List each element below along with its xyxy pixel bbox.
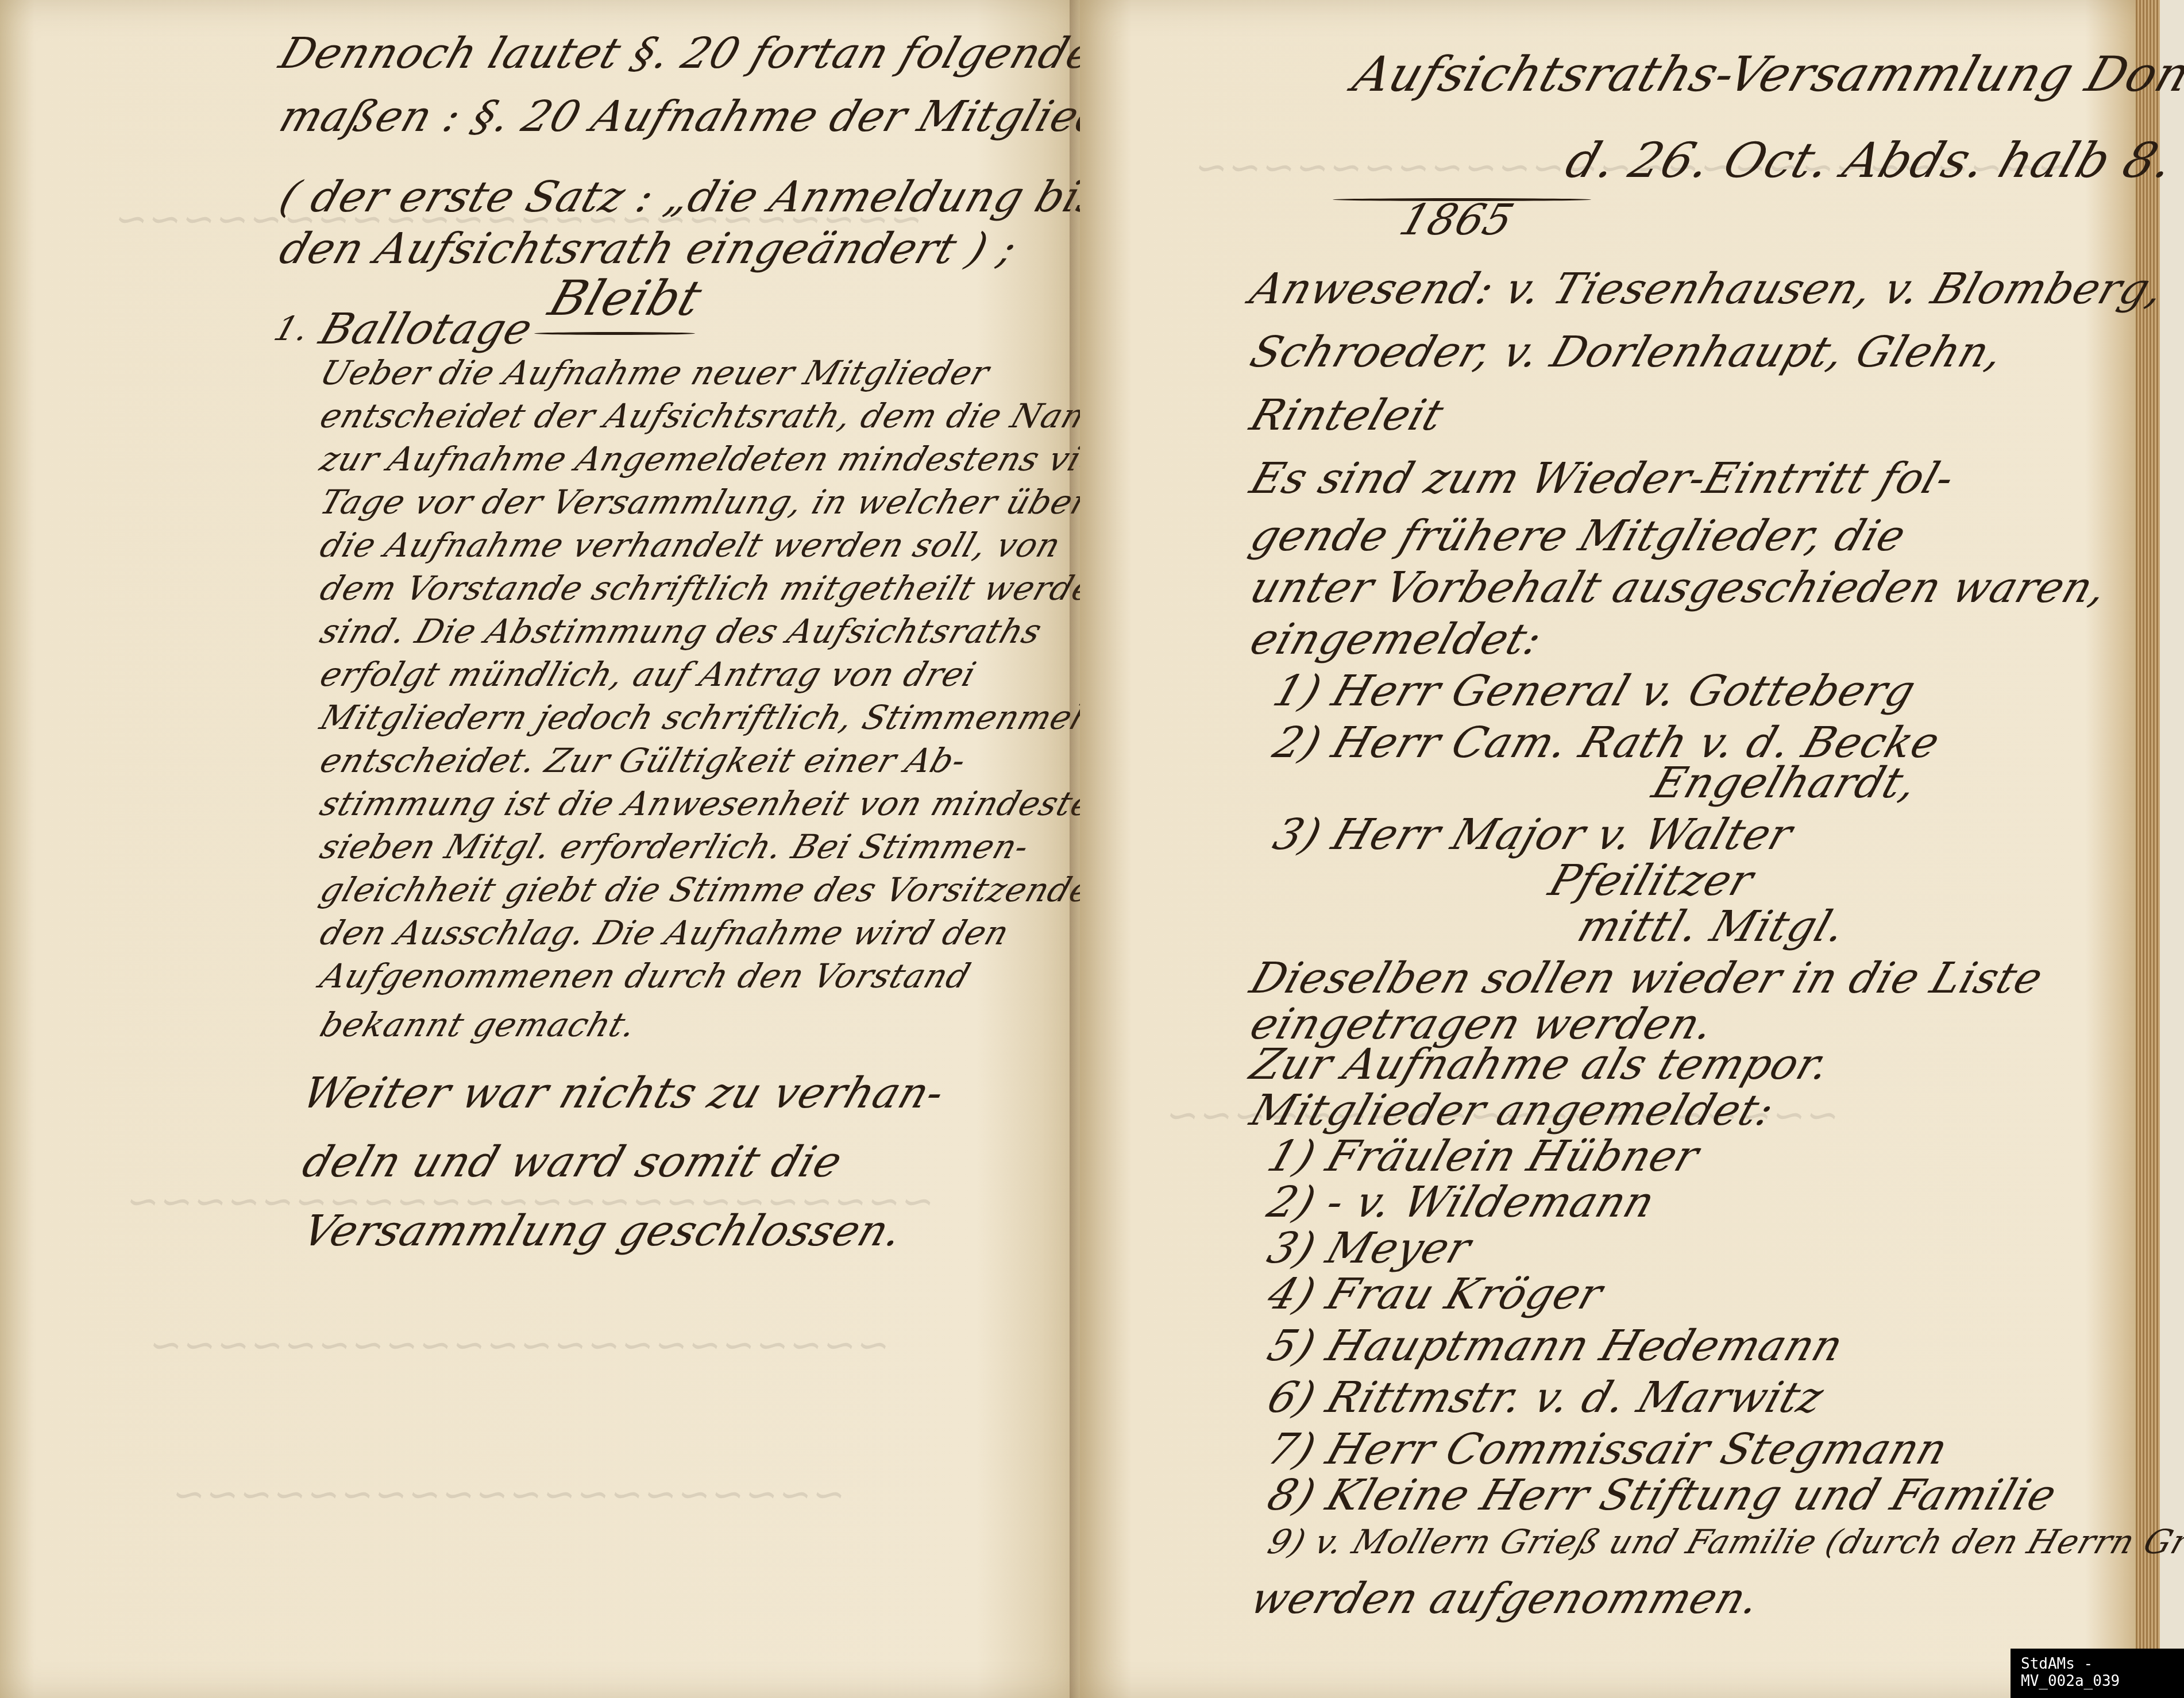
heading-underline [534, 332, 695, 335]
bleed-through-text: ~~~~~~~~~~~~~~~~~~~~~~ [141, 1321, 899, 1368]
text-line: Tage vor der Versammlung, in welcher übe… [315, 483, 1095, 522]
list-item: 4) Frau Kröger [1261, 1269, 1609, 1319]
text-line: unter Vorbehalt ausgeschieden waren, [1244, 563, 2114, 612]
list-item: 8) Kleine Herr Stiftung und Familie [1261, 1471, 2063, 1520]
list-item: 1) Herr General v. Gotteberg [1267, 666, 1922, 716]
meeting-date: d. 26. Oct. Abds. halb 8. [1559, 132, 2182, 188]
page-edge [2136, 0, 2160, 1698]
text-line: Dieselben sollen wieder in die Liste [1244, 954, 2050, 1003]
text-line: Es sind zum Wieder-Eintritt fol- [1244, 454, 1961, 503]
list-item: 1) Fräulein Hübner [1261, 1132, 1705, 1181]
section-heading: Bleibt [542, 270, 709, 326]
text-line: Mitglieder angemeldet: [1244, 1086, 1781, 1135]
text-line: gende frühere Mitglieder, die [1244, 511, 1912, 561]
text-line: Weiter war nichts zu verhan- [296, 1068, 951, 1118]
text-line: Dennoch lautet §. 20 fortan folgender- [273, 29, 1137, 78]
text-line: Ueber die Aufnahme neuer Mitglieder [315, 353, 995, 392]
text-line: deln und ward somit die [296, 1137, 848, 1187]
margin-note: 1. [269, 309, 315, 348]
text-line: werden aufgenommen. [1244, 1574, 1767, 1623]
text-line: stimmung ist die Anwesenheit von mindest… [315, 784, 1138, 823]
text-line: Aufgenommenen durch den Vorstand [315, 956, 975, 995]
list-item: 3) Herr Major v. Walter [1267, 810, 1799, 859]
right-page: ~~~~~~~~~~~~~~~~~~~~~~~~~~ ~~~~~~~~~~~~~… [1080, 0, 2160, 1698]
text-line: bekannt gemacht. [315, 1005, 642, 1044]
bleed-through-text: ~~~~~~~~~~~~~~~~~~~~ [164, 1471, 855, 1518]
text-line: entscheidet. Zur Gültigkeit einer Ab- [315, 741, 971, 780]
text-line: eingemeldet: [1244, 615, 1549, 664]
list-item-continued: mittl. Mitgl. [1572, 902, 1853, 951]
text-line: Anwesend: v. Tiesenhausen, v. Blomberg, [1244, 264, 2171, 314]
text-line: die Aufnahme verhandelt werden soll, von [315, 526, 1066, 565]
list-item-continued: Engelhardt, [1646, 758, 1924, 808]
text-line: dem Vorstande schriftlich mitgetheilt we… [315, 569, 1122, 608]
text-line: Rinteleit [1244, 391, 1450, 440]
text-line: Ballotage [314, 304, 539, 354]
text-line: Zur Aufnahme als tempor. [1244, 1040, 1836, 1089]
list-item: 3) Meyer [1261, 1224, 1477, 1273]
text-line: erfolgt mündlich, auf Antrag von drei [315, 655, 981, 694]
list-item: 2) - v. Wildemann [1261, 1178, 1661, 1227]
list-item-continued: Pfeilitzer [1543, 856, 1760, 905]
meeting-title: Aufsichtsraths-Versammlung Donnerstag [1346, 46, 2184, 102]
list-item: 5) Hauptmann Hedemann [1261, 1321, 1850, 1371]
text-line: sieben Mitgl. erforderlich. Bei Stimmen- [315, 827, 1035, 866]
archive-reference-label: StdAMs - MV_002a_039 [2011, 1649, 2184, 1698]
text-line: maßen : §. 20 Aufnahme der Mitglieder [273, 92, 1160, 141]
meeting-year: 1865 [1394, 195, 1520, 245]
text-line: den Aufsichtsrath eingeändert ) ; [273, 224, 1024, 273]
left-page: ~~~~~~~~~~~~~~~~~~~~~~~~ ~~~~~~~~~~~~~~~… [0, 0, 1080, 1698]
list-item: 9) v. Mollern Grieß und Familie (durch d… [1263, 1522, 2184, 1561]
book-spread: ~~~~~~~~~~~~~~~~~~~~~~~~ ~~~~~~~~~~~~~~~… [0, 0, 2184, 1698]
text-line: gleichheit giebt die Stimme des Vorsitze… [315, 870, 1120, 909]
text-line: sind. Die Abstimmung des Aufsichtsraths [315, 612, 1047, 651]
list-item: 6) Rittmstr. v. d. Marwitz [1261, 1373, 1830, 1422]
text-line: Versammlung geschlossen. [296, 1206, 909, 1256]
text-line: den Ausschlag. Die Aufnahme wird den [315, 913, 1014, 952]
text-line: Mitgliedern jedoch schriftlich, Stimmenm… [315, 698, 1184, 737]
list-item: 7) Herr Commissair Stegmann [1261, 1425, 1954, 1474]
text-line: Schroeder, v. Dorlenhaupt, Glehn, [1244, 327, 2010, 377]
